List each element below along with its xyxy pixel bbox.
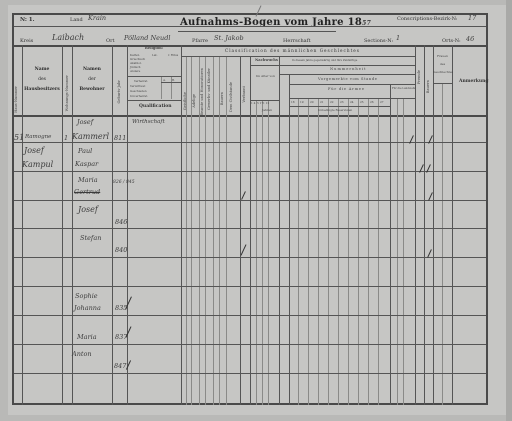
- class-col-trades: Gewerbs- und Künstler: [207, 68, 211, 110]
- birth-year: 840: [115, 246, 127, 254]
- col-line: [424, 45, 425, 405]
- pfarre-value: St. Jakob: [214, 34, 244, 42]
- classification-title: Classification des männlichen Geschlecht…: [225, 48, 360, 53]
- row-line: [14, 228, 486, 229]
- present-note: In diesem Jahre gegenwärtig und fürs Zuk…: [292, 59, 357, 62]
- resident-first: Stefan: [80, 234, 101, 242]
- col-line: [181, 45, 182, 405]
- resident-name-header: Namen der Bewohner: [72, 65, 112, 95]
- resident-first: Sophie: [75, 292, 98, 300]
- header-subline: [279, 65, 415, 66]
- owner-name-last: Kampul: [22, 160, 53, 169]
- col-line: [226, 56, 227, 405]
- females-header: Frauen des Geschlechtes: [433, 52, 452, 76]
- header-subline: [279, 74, 415, 75]
- section-value: 1: [396, 34, 400, 42]
- col-line: [390, 84, 391, 405]
- header-subline: [289, 84, 415, 85]
- col-line: [262, 100, 263, 405]
- header-subline: [390, 98, 415, 99]
- female-count-header: Bauern: [426, 80, 430, 93]
- land-label: Land: [70, 17, 83, 23]
- resident-last: Kaspar: [75, 160, 98, 168]
- page-edge: [506, 0, 512, 421]
- remarks-header: Anmerkung: [459, 79, 489, 84]
- birth-year: 826 / 845: [113, 180, 135, 185]
- row-line: [14, 373, 486, 374]
- header-subline: [289, 106, 390, 107]
- row-line: [14, 286, 486, 287]
- nummernheit-header: Nummernheit: [330, 67, 366, 71]
- col-line: [368, 98, 369, 405]
- land-value: Krain: [88, 14, 106, 22]
- col-line: [348, 98, 349, 405]
- col-line: [279, 56, 280, 405]
- nachwuchs-header: Nachwuchs: [255, 58, 278, 62]
- ort-label: Ort: [106, 38, 115, 44]
- class-title-line: [181, 56, 415, 57]
- vorgemerkte-header: Vorgemerkte vom Stande: [318, 77, 377, 81]
- col-line: [338, 98, 339, 405]
- col-line: [397, 98, 398, 405]
- row-line: [14, 142, 486, 143]
- conscriptions-label: Conscriptions-Bezirk-N:: [397, 16, 457, 22]
- ort-value: Pölland Neudl: [124, 34, 170, 42]
- owner-name: Ramogne: [25, 134, 51, 140]
- col-line: [250, 56, 251, 405]
- col-line: [298, 98, 299, 405]
- col-line: [62, 45, 63, 405]
- conscriptions-value: 17: [468, 14, 476, 22]
- col-line: [240, 56, 241, 405]
- resident-last: Gertrud: [74, 188, 100, 196]
- dwelling-number-header: Wohnungs-Nummer: [65, 75, 69, 111]
- col-line: [256, 100, 257, 405]
- col-line: [308, 98, 309, 405]
- col-line: [22, 45, 23, 405]
- years-label: Jahren: [262, 108, 272, 112]
- row-line: [14, 200, 486, 201]
- class-col-farmers: Bauern: [220, 92, 224, 105]
- section-label: Sections-N:: [364, 38, 393, 44]
- col-line: [403, 98, 404, 405]
- col-line: [378, 98, 379, 405]
- owner-name-first: Josef: [24, 146, 44, 155]
- status-subline: [161, 82, 181, 83]
- row-line: [14, 257, 486, 258]
- resident-first: Josef: [78, 205, 98, 214]
- dwelling-number: 1: [64, 134, 68, 142]
- status-block: Verheirat. Verwittwet Geschieden Unverhe…: [128, 77, 180, 99]
- house-number-header: Haus-Nummer: [14, 86, 18, 113]
- age-range-header: Im Alter von: [256, 74, 275, 78]
- landwehr-header: Für die Landwehr: [392, 87, 416, 90]
- form-number: N: 1.: [20, 17, 35, 23]
- col-line: [433, 45, 434, 405]
- status-divider: [171, 77, 172, 99]
- kreis-label: Kreis: [20, 38, 33, 44]
- row-line: [14, 315, 486, 316]
- class-col-officials: Beamte und Honoratioren: [200, 68, 204, 116]
- col-line: [442, 83, 443, 405]
- birth-year: 811: [114, 134, 126, 142]
- resident-first: Maria: [77, 333, 97, 341]
- class-col-exiled: Verbannt: [242, 86, 246, 103]
- resident-last: Kammerl: [72, 132, 109, 141]
- age-subcol-3: 1 12: [263, 101, 269, 105]
- col-line: [358, 98, 359, 405]
- birth-year: 847: [114, 362, 126, 370]
- header-subline: [250, 65, 279, 66]
- col-line: [213, 56, 214, 405]
- col-line: [268, 100, 269, 405]
- army-header: Für die Armee: [328, 87, 365, 91]
- col-line: [452, 45, 453, 405]
- title-underline: [178, 31, 336, 32]
- orts-value: 46: [466, 35, 474, 43]
- owner-name-header: Name des Hausbesitzers: [22, 65, 62, 95]
- row-line: [14, 171, 486, 172]
- col-line: [318, 98, 319, 405]
- age-subcol-1: 1 4: [251, 101, 255, 105]
- qualification: Wirthschaft: [132, 119, 165, 125]
- col-line: [328, 98, 329, 405]
- status-divider: [161, 77, 162, 99]
- reservists-note: Unbedingte Reservisten: [318, 108, 352, 112]
- kreis-value: Laibach: [52, 33, 84, 42]
- header-subline: [433, 83, 452, 84]
- col-line: [415, 45, 416, 405]
- header-divider: [14, 26, 486, 27]
- fremde-header: Fremde: [417, 70, 421, 84]
- birth-year: 846: [115, 218, 127, 226]
- class-col-civil: Dem Civilstande: [229, 82, 233, 112]
- col-line: [289, 74, 290, 405]
- resident-first: Josef: [77, 118, 93, 126]
- resident-first: Anton: [72, 350, 92, 358]
- birth-year-header: Geburts-Jahr: [117, 80, 121, 103]
- class-col-clergy: Geistliche: [183, 92, 187, 110]
- house-number: 51: [14, 133, 24, 142]
- resident-first: Paul: [78, 147, 92, 155]
- resident-first: Maria: [78, 176, 98, 184]
- herrschaft-label: Herrschaft: [283, 38, 311, 44]
- qualification-divider: [127, 100, 181, 101]
- col-line: [112, 45, 113, 405]
- row-line: [14, 344, 486, 345]
- religion-block: Religion: Kathol. Griechisch Akathol. Jü…: [128, 46, 180, 50]
- qualification-header: Qualification: [139, 104, 172, 109]
- col-line: [191, 56, 192, 405]
- col-line: [219, 56, 220, 405]
- pfarre-label: Pfarre: [192, 38, 208, 44]
- resident-last: Johanna: [74, 304, 101, 312]
- orts-label: Orts-N:: [442, 38, 461, 44]
- col-line: [205, 56, 206, 405]
- class-col-nobility: Adelige: [192, 94, 196, 108]
